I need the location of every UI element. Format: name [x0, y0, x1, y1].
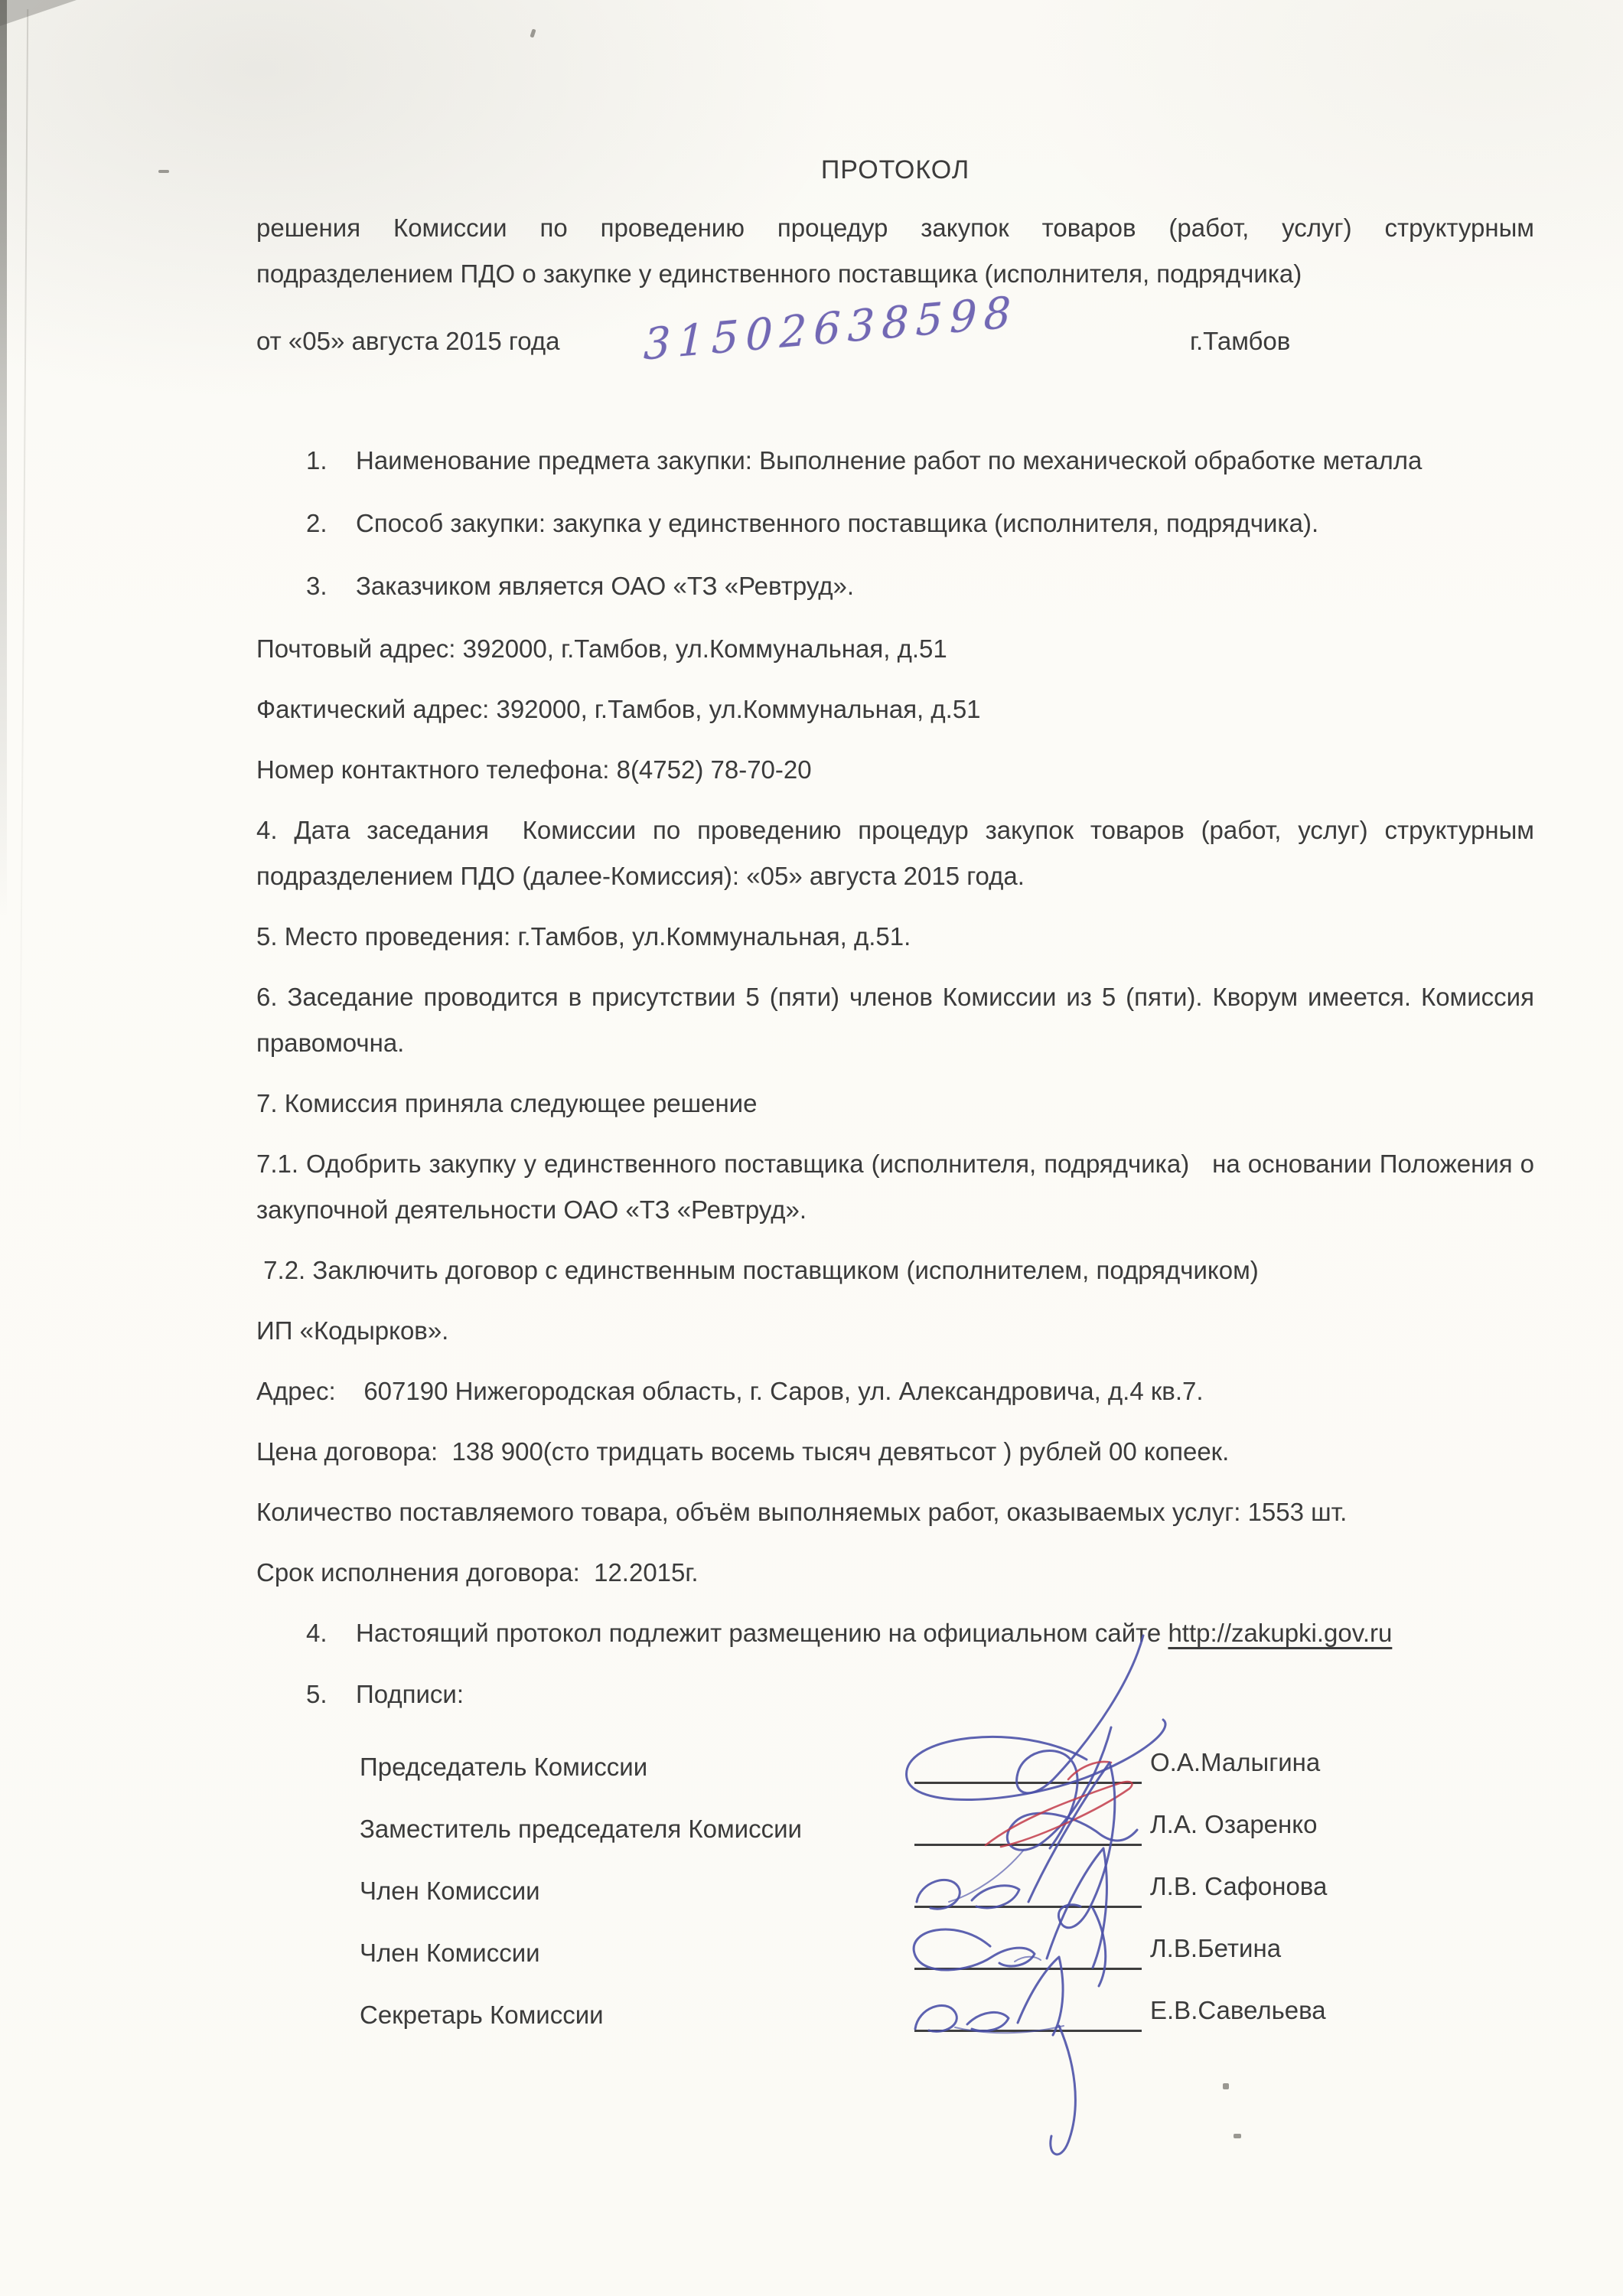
document-city: г.Тамбов	[1190, 318, 1290, 364]
signer-name: О.А.Малыгина	[1150, 1747, 1320, 1778]
list-item: 5. Подписи:	[256, 1671, 1534, 1717]
signature-row: Секретарь Комиссии Е.В.Савельева	[256, 1981, 1534, 2043]
publication-statement: Настоящий протокол подлежит размещению н…	[356, 1619, 1168, 1647]
paragraph: Адрес: 607190 Нижегородская область, г. …	[256, 1368, 1534, 1414]
page-title: ПРОТОКОЛ	[256, 147, 1534, 193]
list-item-number: 5.	[306, 1671, 356, 1717]
signature-row: Заместитель председателя Комиссии Л.А. О…	[256, 1795, 1534, 1857]
signer-role: Председатель Комиссии	[360, 1752, 647, 1782]
signature-line	[914, 1968, 1142, 1970]
scan-speck	[1223, 2083, 1229, 2089]
signature-row: Член Комиссии Л.В. Сафонова	[256, 1857, 1534, 1919]
signer-role: Заместитель председателя Комиссии	[360, 1814, 802, 1844]
signature-line	[914, 2030, 1142, 2032]
list-item-text: Заказчиком является ОАО «ТЗ «Ревтруд».	[356, 563, 1534, 609]
document-body: ПРОТОКОЛ решения Комиссии по проведению …	[256, 0, 1534, 2043]
scan-corner-shadow	[0, 0, 77, 26]
paragraph: Срок исполнения договора: 12.2015г.	[256, 1550, 1534, 1596]
list-item-text: Способ закупки: закупка у единственного …	[356, 501, 1534, 546]
list-item-number: 1.	[306, 438, 356, 484]
numbered-list-top: 1. Наименование предмета закупки: Выполн…	[256, 438, 1534, 609]
scanned-protocol-page: ПРОТОКОЛ решения Комиссии по проведению …	[0, 0, 1623, 2296]
signer-role: Член Комиссии	[360, 1876, 540, 1906]
signer-name: Е.В.Савельева	[1150, 1995, 1326, 2026]
document-date: от «05» августа 2015 года	[256, 318, 559, 364]
paragraph: Цена договора: 138 900(сто тридцать восе…	[256, 1429, 1534, 1475]
list-item: 3. Заказчиком является ОАО «ТЗ «Ревтруд»…	[256, 563, 1534, 609]
numbered-list-bottom: 4. Настоящий протокол подлежит размещени…	[256, 1610, 1534, 1717]
list-item: 1. Наименование предмета закупки: Выполн…	[256, 438, 1534, 484]
signer-name: Л.В. Сафонова	[1150, 1871, 1327, 1902]
date-and-city-row: от «05» августа 2015 года 31502638598 г.…	[256, 318, 1534, 364]
signatures-heading: Подписи:	[356, 1671, 1534, 1717]
zakupki-gov-link[interactable]: http://zakupki.gov.ru	[1168, 1619, 1392, 1647]
handwritten-procurement-number: 31502638598	[643, 289, 1018, 368]
list-item-text: Настоящий протокол подлежит размещению н…	[356, 1610, 1534, 1656]
scan-speck	[158, 170, 169, 173]
list-item-number: 4.	[306, 1610, 356, 1656]
paragraph: 7. Комиссия приняла следующее решение	[256, 1081, 1534, 1127]
list-item: 2. Способ закупки: закупка у единственно…	[256, 501, 1534, 546]
document-subtitle: решения Комиссии по проведению процедур …	[256, 205, 1534, 297]
signature-row: Член Комиссии Л.В.Бетина	[256, 1919, 1534, 1981]
list-item-number: 2.	[306, 501, 356, 546]
signature-row: Председатель Комиссии О.А.Малыгина	[256, 1733, 1534, 1795]
signature-line	[914, 1844, 1142, 1846]
paragraph: 5. Место проведения: г.Тамбов, ул.Коммун…	[256, 914, 1534, 960]
paper-edge-line	[19, 9, 28, 1157]
signature-line	[914, 1906, 1142, 1908]
paragraph: 7.1. Одобрить закупку у единственного по…	[256, 1141, 1534, 1233]
paragraph: ИП «Кодырков».	[256, 1308, 1534, 1354]
signature-line	[914, 1782, 1142, 1784]
scan-edge-strip	[0, 0, 7, 1225]
scan-speck	[1234, 2134, 1241, 2138]
signer-role: Секретарь Комиссии	[360, 2000, 604, 2030]
paragraph: 7.2. Заключить договор с единственным по…	[256, 1247, 1534, 1293]
signer-role: Член Комиссии	[360, 1938, 540, 1968]
paragraph: Количество поставляемого товара, объём в…	[256, 1489, 1534, 1535]
list-item: 4. Настоящий протокол подлежит размещени…	[256, 1610, 1534, 1656]
paragraph: 4. Дата заседания Комиссии по проведению…	[256, 807, 1534, 899]
paragraph: Почтовый адрес: 392000, г.Тамбов, ул.Ком…	[256, 626, 1534, 672]
signature-block: Председатель Комиссии О.А.Малыгина Замес…	[256, 1733, 1534, 2043]
signer-name: Л.В.Бетина	[1150, 1933, 1281, 1964]
paragraph: 6. Заседание проводится в присутствии 5 …	[256, 974, 1534, 1066]
paragraph: Номер контактного телефона: 8(4752) 78-7…	[256, 747, 1534, 793]
signer-name: Л.А. Озаренко	[1150, 1809, 1317, 1840]
list-item-text: Наименование предмета закупки: Выполнени…	[356, 438, 1534, 484]
list-item-number: 3.	[306, 563, 356, 609]
paragraph: Фактический адрес: 392000, г.Тамбов, ул.…	[256, 687, 1534, 732]
